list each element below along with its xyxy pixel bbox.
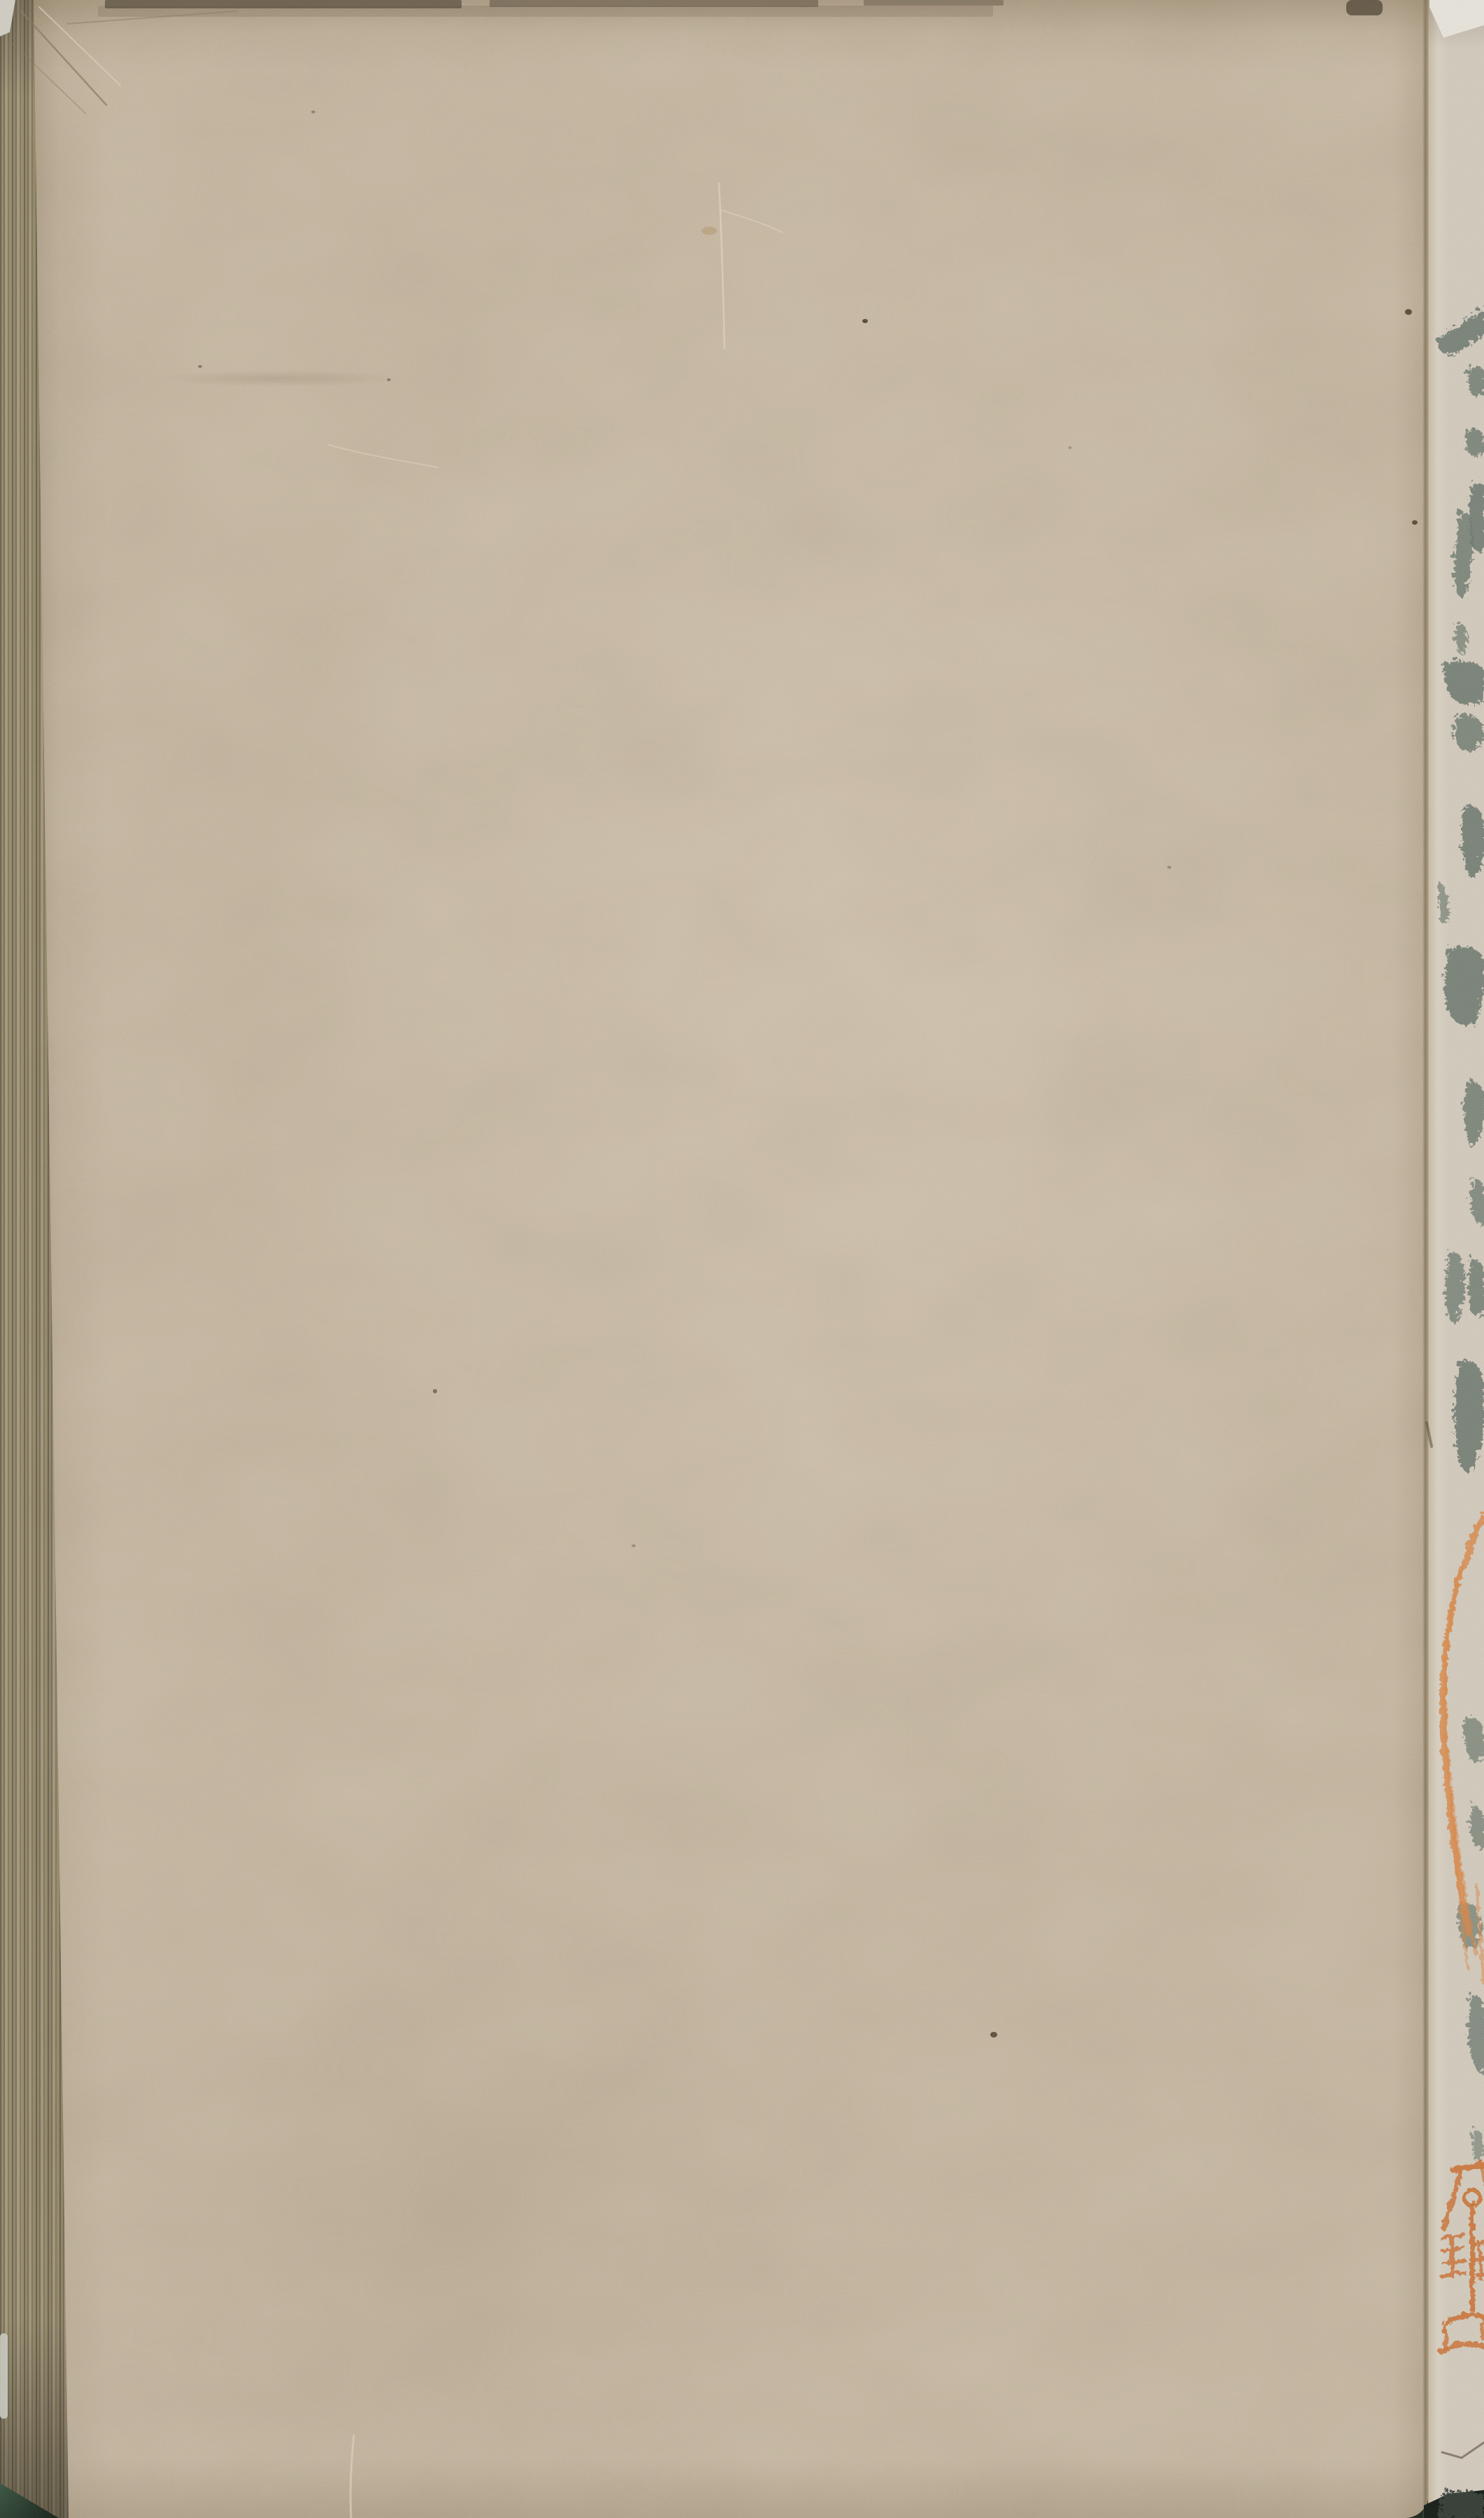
art-overlay [0, 0, 1484, 2518]
book-photo-scene [0, 0, 1484, 2518]
photo-grain-light [0, 0, 1484, 2518]
